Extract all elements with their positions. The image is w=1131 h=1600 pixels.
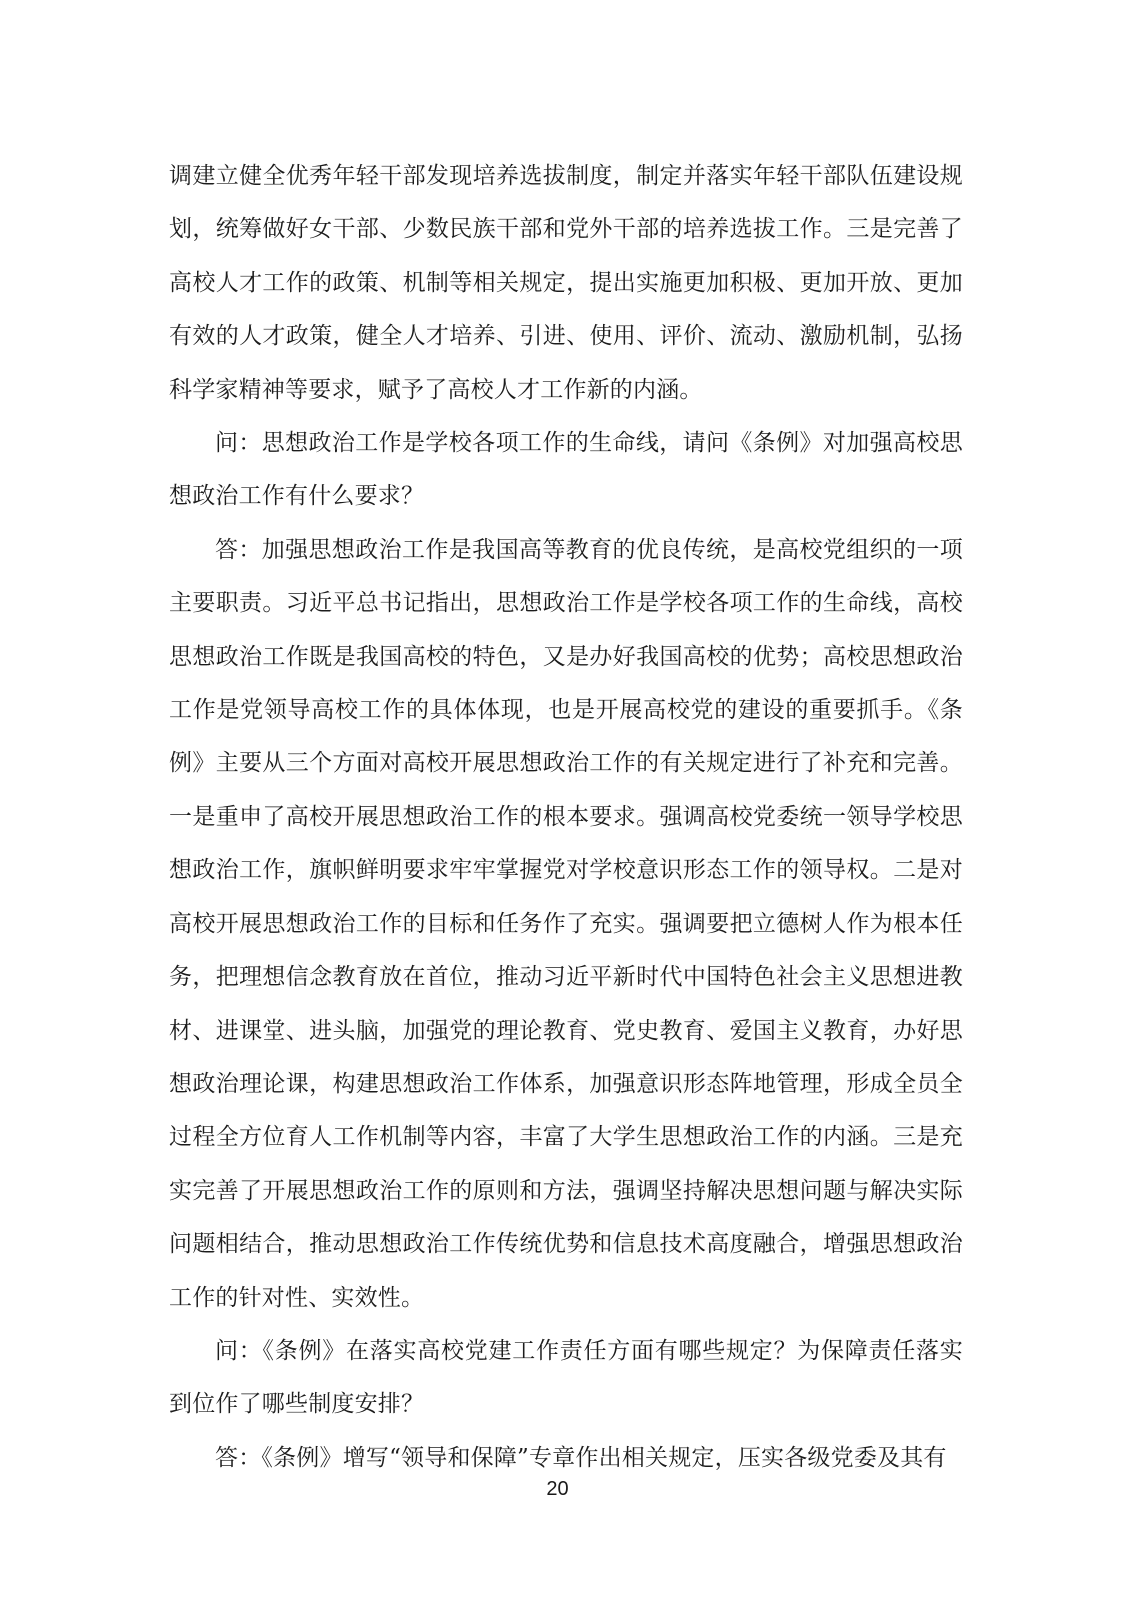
page-number: 20 bbox=[546, 1478, 568, 1501]
paragraph: 问：《条例》在落实高校党建工作责任方面有哪些规定？为保障责任落实到位作了哪些制度… bbox=[169, 1325, 963, 1432]
paragraph: 问：思想政治工作是学校各项工作的生命线，请问《条例》对加强高校思想政治工作有什么… bbox=[169, 417, 963, 524]
paragraph: 调建立健全优秀年轻干部发现培养选拔制度，制定并落实年轻干部队伍建设规划，统筹做好… bbox=[169, 150, 963, 417]
document-page: 调建立健全优秀年轻干部发现培养选拔制度，制定并落实年轻干部队伍建设规划，统筹做好… bbox=[0, 0, 1131, 1600]
page-footer: 20 bbox=[0, 1478, 1131, 1501]
page-body: 调建立健全优秀年轻干部发现培养选拔制度，制定并落实年轻干部队伍建设规划，统筹做好… bbox=[169, 150, 963, 1485]
paragraph: 答：加强思想政治工作是我国高等教育的优良传统，是高校党组织的一项主要职责。习近平… bbox=[169, 524, 963, 1325]
